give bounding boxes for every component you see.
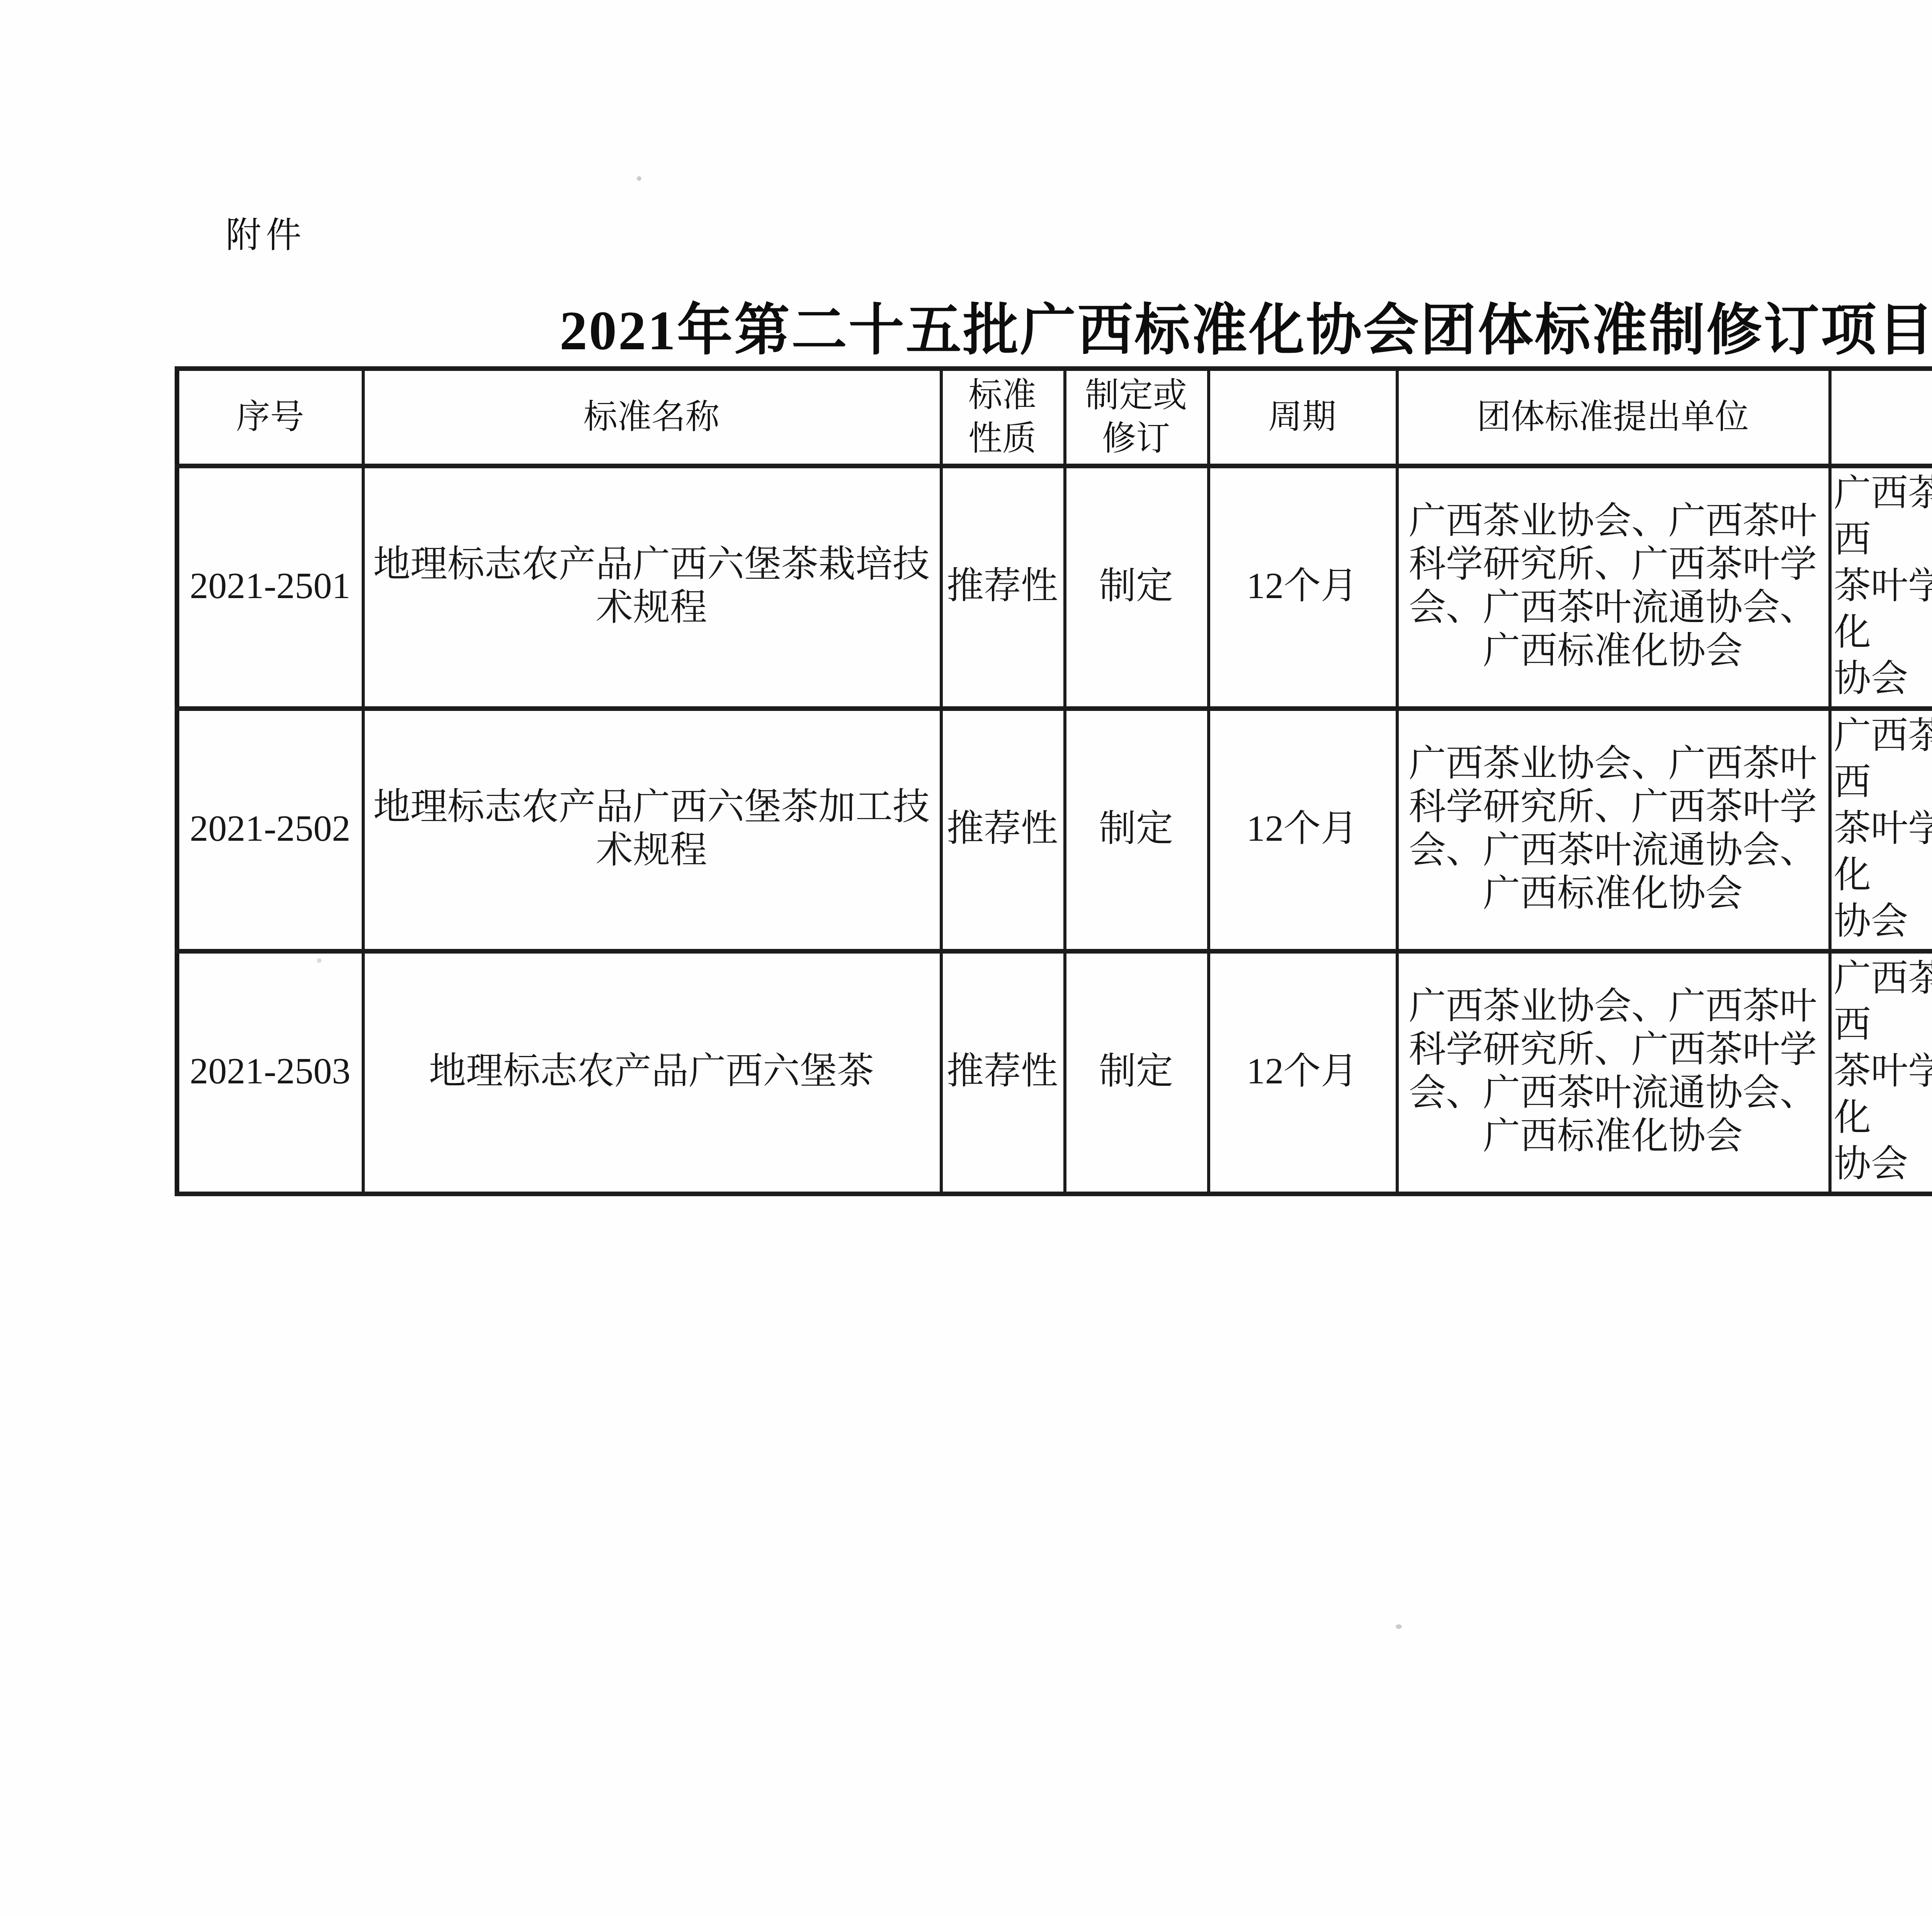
scan-speck: [637, 176, 641, 181]
cell-period: 12个月: [1208, 951, 1396, 1194]
cell-type: 制定: [1064, 466, 1208, 709]
cell-drafter: 广西茶业协会、广西茶叶科学研究所、广西 茶叶学会、广西茶叶流通协会、广西标准化 …: [1829, 466, 1932, 709]
header-proposer: 团体标准提出单位: [1396, 369, 1829, 466]
cell-drafter: 广西茶业协会、广西茶叶科学研究所、广西 茶叶学会、广西茶叶流通协会、广西标准化 …: [1829, 951, 1932, 1194]
cell-seq: 2021-2502: [177, 709, 362, 951]
cell-type: 制定: [1064, 709, 1208, 951]
cell-proposer: 广西茶业协会、广西茶叶 科学研究所、广西茶叶学 会、广西茶叶流通协会、 广西标准…: [1396, 466, 1829, 709]
scanned-document-page: 附件 2021年第二十五批广西标准化协会团体标准制修订项目计划汇总表 序号 标准…: [0, 0, 1932, 1916]
header-nature: 标准 性质: [940, 369, 1064, 466]
cell-nature: 推荐性: [940, 466, 1064, 709]
header-seq: 序号: [177, 369, 362, 466]
cell-drafter: 广西茶业协会、广西茶叶科学研究所、广西 茶叶学会、广西茶叶流通协会、广西标准化 …: [1829, 709, 1932, 951]
scan-speck: [317, 958, 321, 963]
cell-name: 地理标志农产品广西六堡茶栽培技 术规程: [362, 466, 940, 709]
table-row: 2021-2503 地理标志农产品广西六堡茶 推荐性 制定 12个月 广西茶业协…: [177, 951, 1932, 1194]
cell-proposer: 广西茶业协会、广西茶叶 科学研究所、广西茶叶学 会、广西茶叶流通协会、 广西标准…: [1396, 709, 1829, 951]
cell-proposer: 广西茶业协会、广西茶叶 科学研究所、广西茶叶学 会、广西茶叶流通协会、 广西标准…: [1396, 951, 1829, 1194]
header-row: 序号 标准名称 标准 性质 制定或 修订 周期 团体标准提出单位 主要负责起草单…: [177, 369, 1932, 466]
scan-speck: [1396, 1624, 1402, 1629]
cell-nature: 推荐性: [940, 951, 1064, 1194]
header-name: 标准名称: [362, 369, 940, 466]
cell-period: 12个月: [1208, 466, 1396, 709]
header-type: 制定或 修订: [1064, 369, 1208, 466]
cell-name: 地理标志农产品广西六堡茶: [362, 951, 940, 1194]
cell-name: 地理标志农产品广西六堡茶加工技 术规程: [362, 709, 940, 951]
cell-nature: 推荐性: [940, 709, 1064, 951]
attachment-label: 附件: [226, 207, 306, 258]
standards-plan-table: 序号 标准名称 标准 性质 制定或 修订 周期 团体标准提出单位 主要负责起草单…: [175, 366, 1932, 1196]
page-scaler: 附件 2021年第二十五批广西标准化协会团体标准制修订项目计划汇总表 序号 标准…: [0, 0, 1932, 1916]
cell-type: 制定: [1064, 951, 1208, 1194]
page-title: 2021年第二十五批广西标准化协会团体标准制修订项目计划汇总表: [175, 287, 1932, 366]
cell-seq: 2021-2501: [177, 466, 362, 709]
table-row: 2021-2502 地理标志农产品广西六堡茶加工技 术规程 推荐性 制定 12个…: [177, 709, 1932, 951]
cell-period: 12个月: [1208, 709, 1396, 951]
table-row: 2021-2501 地理标志农产品广西六堡茶栽培技 术规程 推荐性 制定 12个…: [177, 466, 1932, 709]
header-period: 周期: [1208, 369, 1396, 466]
cell-seq: 2021-2503: [177, 951, 362, 1194]
header-drafter: 主要负责起草单位: [1829, 369, 1932, 466]
